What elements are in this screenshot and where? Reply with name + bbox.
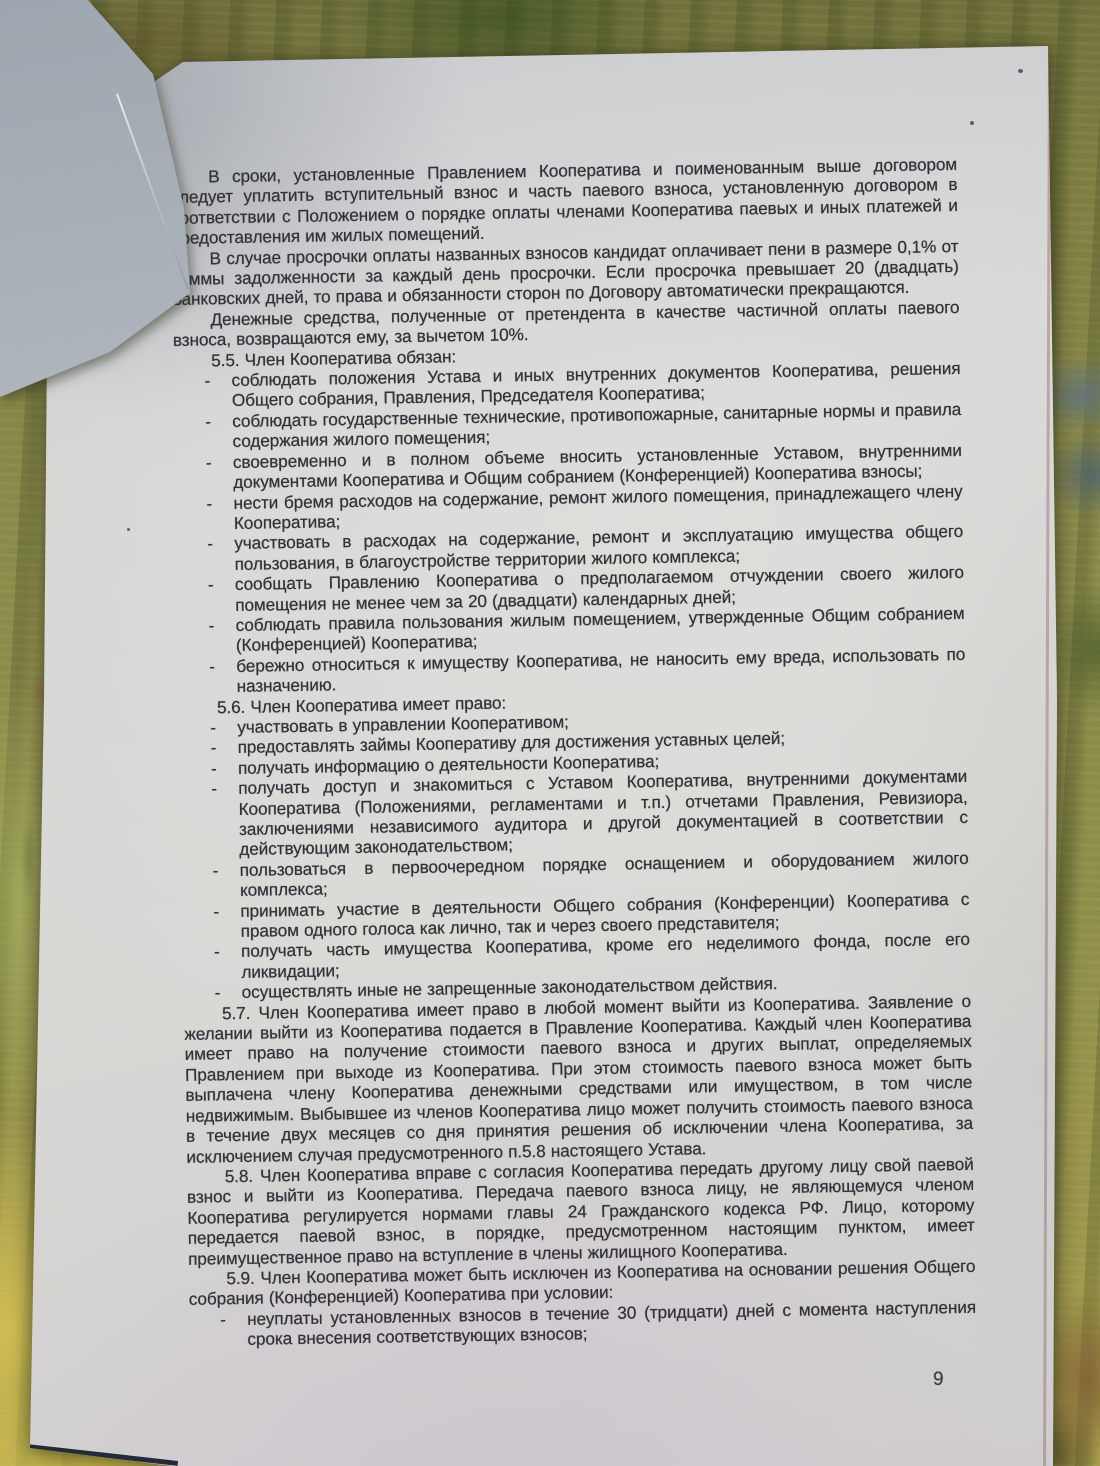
- page-bottom-edge: [26, 1444, 178, 1466]
- dust-speck: [127, 528, 130, 531]
- list-dash-marker: -: [209, 656, 215, 676]
- paragraph: 5.7. Член Кооператива имеет право в любо…: [184, 990, 974, 1166]
- document-text: В сроки, установленные Правлением Коопер…: [170, 154, 977, 1350]
- dust-speck: [1018, 69, 1023, 73]
- list-dash-marker: -: [212, 860, 218, 880]
- page-top-edge: [180, 43, 1052, 62]
- list-dash-marker: -: [213, 901, 219, 921]
- list-dash-marker: -: [214, 942, 220, 962]
- list-dash-marker: -: [205, 411, 211, 431]
- list-dash-marker: -: [208, 615, 214, 635]
- list-dash-marker: -: [220, 1309, 226, 1329]
- page-right-edge: [1043, 46, 1051, 1466]
- list-dash-marker: -: [206, 452, 212, 472]
- list-dash-marker: -: [211, 778, 217, 798]
- list-dash-marker: -: [211, 758, 217, 778]
- page-shadow-wrap: В сроки, установленные Правлением Коопер…: [0, 0, 1100, 1466]
- document-page: В сроки, установленные Правлением Коопер…: [0, 0, 1100, 1466]
- list-dash-marker: -: [207, 534, 213, 554]
- list-dash-marker: -: [208, 574, 214, 594]
- list-dash-marker: -: [204, 370, 210, 390]
- list-dash-marker: -: [210, 717, 216, 737]
- paragraph: 5.8. Член Кооператива вправе с согласия …: [187, 1154, 976, 1269]
- list-dash-marker: -: [206, 493, 212, 513]
- list-dash-marker: -: [210, 738, 216, 758]
- page-number: 9: [933, 1369, 944, 1391]
- list-item: -получать доступ и знакомиться с Уставом…: [180, 766, 968, 861]
- paragraph: В сроки, установленные Правлением Коопер…: [170, 154, 958, 249]
- document-photo: В сроки, установленные Правлением Коопер…: [0, 0, 1100, 1466]
- list-item-text: получать доступ и знакомиться с Уставом …: [238, 766, 968, 859]
- dust-speck: [970, 121, 974, 125]
- list-dash-marker: -: [215, 983, 221, 1003]
